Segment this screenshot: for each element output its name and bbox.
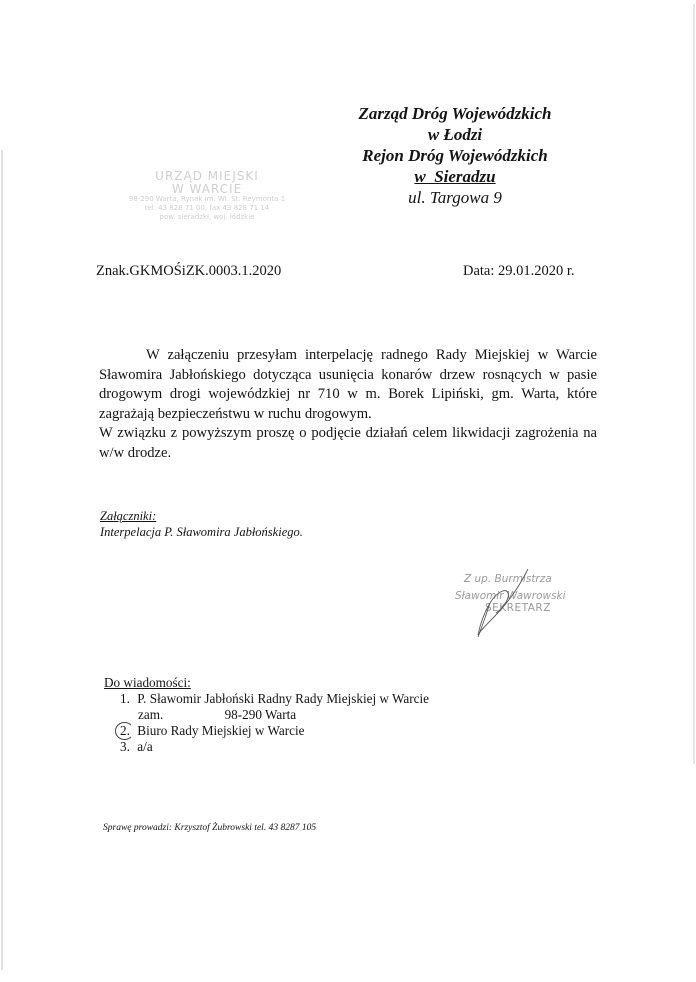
addressee-line-5: ul. Targowa 9 [330, 187, 580, 208]
distribution-list: Do wiadomości: 1. P. Sławomir Jabłoński … [104, 675, 429, 755]
addressee-block: Zarząd Dróg Wojewódzkich w Łodzi Rejon D… [330, 103, 580, 208]
case-handler: Sprawę prowadzi: Krzysztof Żubrowski tel… [103, 823, 316, 833]
reference-number: Znak.GKMOŚiZK.0003.1.2020 [96, 263, 281, 280]
distribution-item: 1. P. Sławomir Jabłoński Radny Rady Miej… [104, 691, 429, 707]
stamp-line-3: 98-290 Warta, Rynek im. Wł. St. Reymonta… [112, 195, 302, 204]
stamp-line-5: pow. sieradzki, woj. łódzkie [112, 213, 302, 222]
stamp-line-4: tel. 43 828 71 00, fax 43 828 71 14 [112, 204, 302, 213]
stamp-line-2: W WARCIE [112, 183, 302, 195]
handwritten-signature-icon [450, 565, 600, 640]
scan-edge-left [1, 150, 3, 970]
distribution-item: 2. Biuro Rady Miejskiej w Warcie [104, 723, 429, 739]
distribution-label: Do wiadomości: [104, 675, 429, 691]
distribution-item-address: zam. 98-290 Warta [104, 707, 429, 723]
office-stamp: URZĄD MIEJSKI W WARCIE 98-290 Warta, Ryn… [112, 170, 302, 222]
attachments-section: Załączniki: Interpelacja P. Sławomira Ja… [100, 508, 303, 540]
attachments-label: Załączniki: [100, 508, 303, 524]
addressee-line-4: w Sieradzu [414, 167, 495, 186]
distribution-item: 3. a/a [104, 739, 429, 755]
body-paragraph-2: W związku z powyższym proszę o podjęcie … [99, 424, 597, 463]
signature-stamp: Z up. Burmistrza Sławomir Wawrowski SEKR… [450, 565, 600, 640]
document-date: Data: 29.01.2020 r. [463, 263, 575, 280]
addressee-line-1: Zarząd Dróg Wojewódzkich [330, 103, 580, 124]
addressee-line-2: w Łodzi [330, 124, 580, 145]
handwritten-circle-icon [115, 722, 134, 740]
letter-body: W załączeniu przesyłam interpelację radn… [99, 346, 597, 463]
attachment-item: Interpelacja P. Sławomira Jabłońskiego. [100, 524, 303, 540]
body-paragraph-1: W załączeniu przesyłam interpelację radn… [99, 346, 597, 424]
scan-edge-right [693, 4, 695, 764]
addressee-line-3: Rejon Dróg Wojewódzkich [330, 145, 580, 166]
